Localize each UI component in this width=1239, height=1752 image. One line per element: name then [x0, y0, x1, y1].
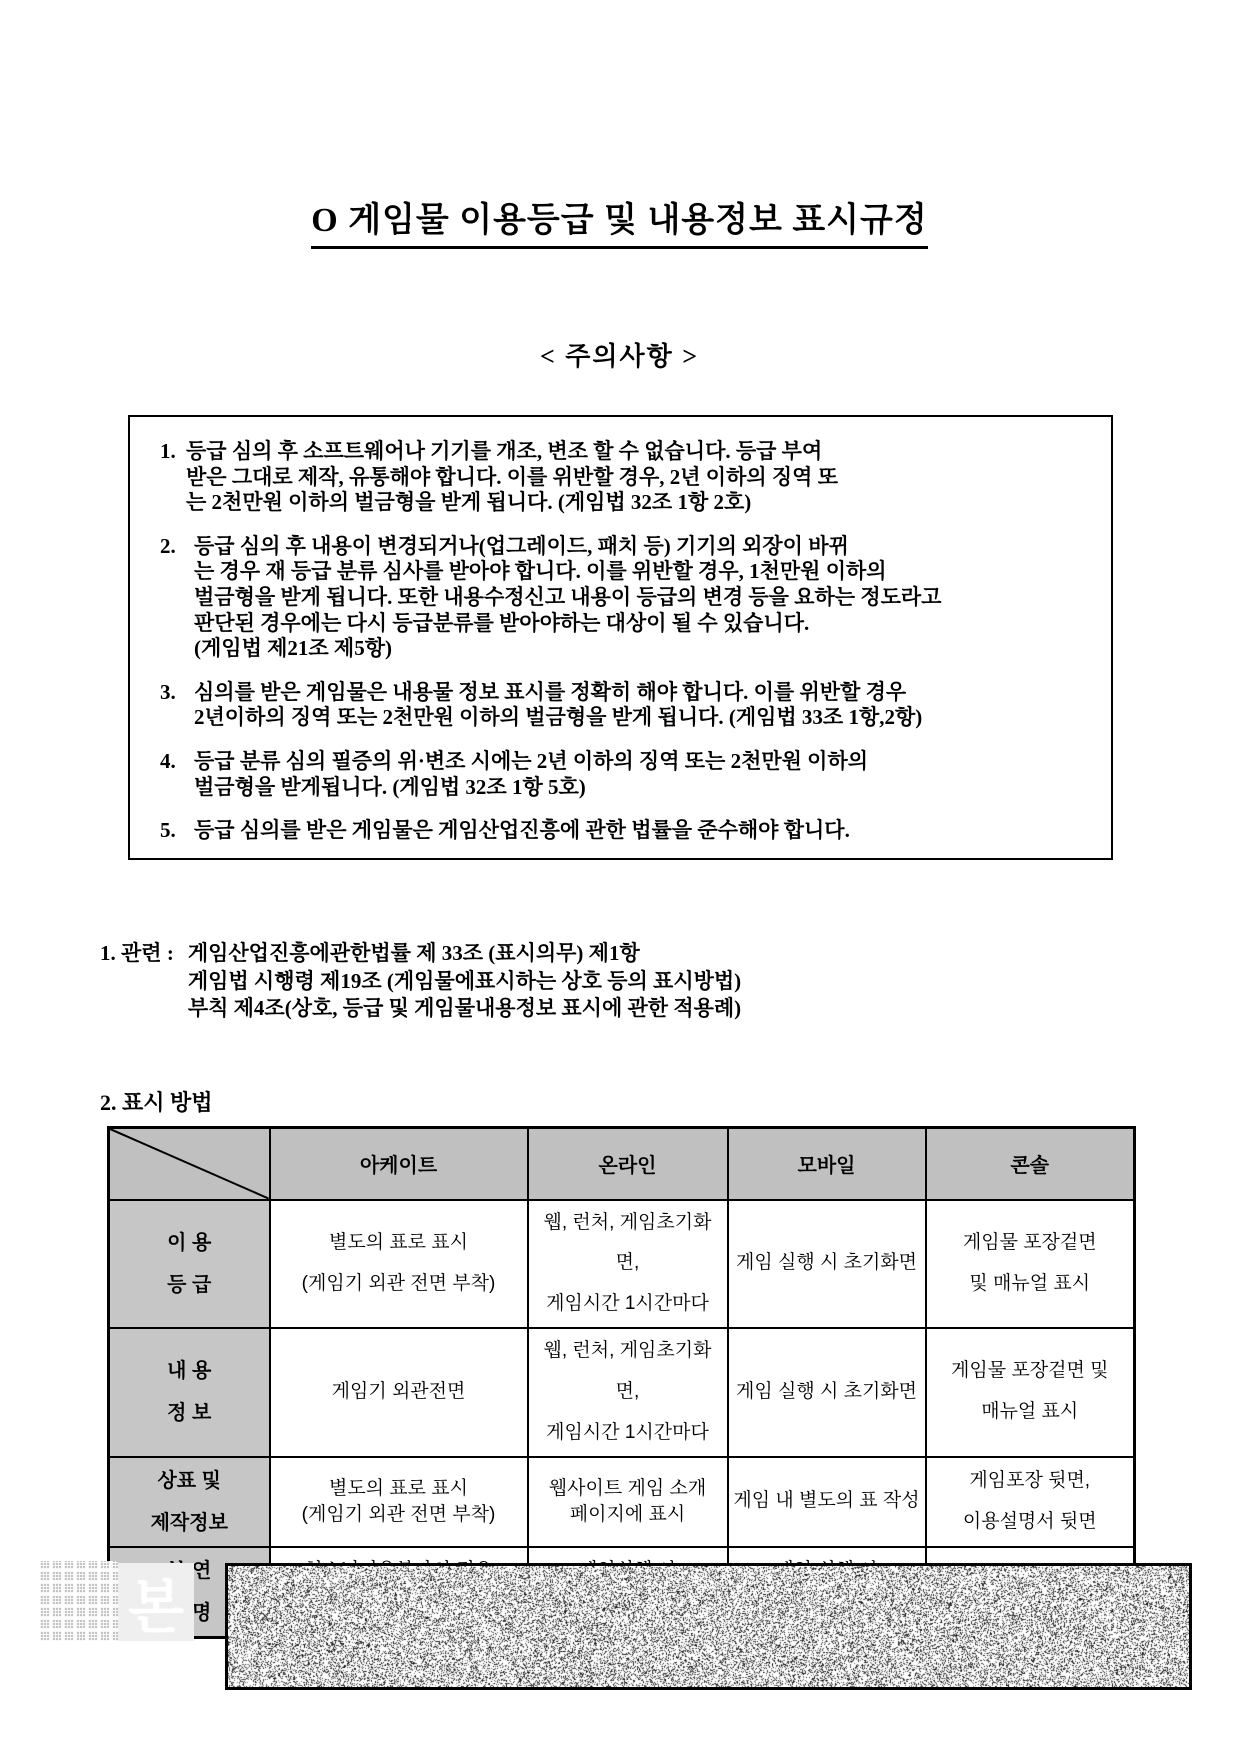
column-header-online: 온라인 [528, 1128, 728, 1200]
table-row: 상표 및 제작정보 별도의 표로 표시 (게임기 외관 전면 부착) 웹사이트 … [109, 1457, 1135, 1547]
column-header-console: 콘솔 [926, 1128, 1135, 1200]
display-method-table: 아케이트 온라인 모바일 콘솔 이 용 등 급 별도의 표로 표시 (게임기 외… [107, 1126, 1136, 1639]
display-method-heading: 2. 표시 방법 [100, 1086, 213, 1117]
page-title: O 게임물 이용등급 및 내용정보 표시규정 [311, 192, 927, 249]
table-cell: 별도의 표로 표시 (게임기 외관 전면 부착) [270, 1457, 528, 1547]
caution-item: 5. 등급 심의를 받은 게임물은 게임산업진흥에 관한 법률을 준수해야 합니… [160, 818, 1097, 844]
scanned-noise-image-frame [225, 1563, 1192, 1690]
table-cell: 게임 내 별도의 표 작성 [728, 1457, 926, 1547]
caution-item-text: 심의를 받은 게임물은 내용물 정보 표시를 정확히 해야 합니다. 이를 위반… [194, 680, 922, 731]
caution-item-number: 5. [160, 818, 194, 844]
row-label-usage-grade: 이 용 등 급 [109, 1200, 270, 1329]
row-label-content-info: 내 용 정 보 [109, 1328, 270, 1457]
caution-item-text: 등급 분류 심의 필증의 위·변조 시에는 2년 이하의 징역 또는 2천만원 … [194, 749, 868, 800]
caution-box: 1. 등급 심의 후 소프트웨어나 기기를 개조, 변조 할 수 없습니다. 등… [128, 415, 1113, 860]
related-laws-section: 1. 관련 : 게임산업진흥에관한법률 제 33조 (표시의무) 제1항 게임법… [100, 940, 741, 1023]
caution-item-text: 등급 심의를 받은 게임물은 게임산업진흥에 관한 법률을 준수해야 합니다. [194, 818, 850, 844]
table-cell: 게임 실행 시 초기화면 [728, 1328, 926, 1457]
caution-subtitle: < 주의사항 > [0, 336, 1239, 373]
caution-item-number: 1. [160, 439, 186, 516]
caution-item-number: 2. [160, 534, 194, 662]
related-laws-label: 1. 관련 : [100, 940, 174, 1023]
table-row: 내 용 정 보 게임기 외관전면 웹, 런처, 게임초기화면, 게임시간 1시간… [109, 1328, 1135, 1457]
table-corner-cell [109, 1128, 270, 1200]
table-cell: 게임물 포장겉면 및 매뉴얼 표시 [926, 1200, 1135, 1329]
table-cell: 게임포장 뒷면, 이용설명서 뒷면 [926, 1457, 1135, 1547]
caution-item: 4. 등급 분류 심의 필증의 위·변조 시에는 2년 이하의 징역 또는 2천… [160, 749, 1097, 800]
table-cell: 게임물 포장겉면 및 매뉴얼 표시 [926, 1328, 1135, 1457]
crosshatch-stamp-icon [40, 1561, 118, 1641]
column-header-mobile: 모바일 [728, 1128, 926, 1200]
column-header-arcade: 아케이트 [270, 1128, 528, 1200]
page-title-wrap: O 게임물 이용등급 및 내용정보 표시규정 [0, 192, 1239, 249]
caution-item-number: 3. [160, 680, 194, 731]
table-cell: 웹사이트 게임 소개 페이지에 표시 [528, 1457, 728, 1547]
table-cell: 별도의 표로 표시 (게임기 외관 전면 부착) [270, 1200, 528, 1329]
table-cell: 웹, 런처, 게임초기화면, 게임시간 1시간마다 [528, 1200, 728, 1329]
table-row: 이 용 등 급 별도의 표로 표시 (게임기 외관 전면 부착) 웹, 런처, … [109, 1200, 1135, 1329]
diagonal-line-icon [110, 1129, 269, 1199]
stamp-character: 본 [118, 1563, 194, 1641]
table-cell: 게임기 외관전면 [270, 1328, 528, 1457]
caution-item-text: 등급 심의 후 내용이 변경되거나(업그레이드, 패치 등) 기기의 외장이 바… [194, 534, 941, 662]
caution-item-text: 등급 심의 후 소프트웨어나 기기를 개조, 변조 할 수 없습니다. 등급 부… [186, 439, 838, 516]
table-cell: 게임 실행 시 초기화면 [728, 1200, 926, 1329]
caution-item-number: 4. [160, 749, 194, 800]
table-cell: 웹, 런처, 게임초기화면, 게임시간 1시간마다 [528, 1328, 728, 1457]
table-header-row: 아케이트 온라인 모바일 콘솔 [109, 1128, 1135, 1200]
scanned-noise-image [228, 1566, 1189, 1687]
caution-item: 2. 등급 심의 후 내용이 변경되거나(업그레이드, 패치 등) 기기의 외장… [160, 534, 1097, 662]
related-laws-text: 게임산업진흥에관한법률 제 33조 (표시의무) 제1항 게임법 시행령 제19… [188, 940, 741, 1023]
row-label-trademark-production: 상표 및 제작정보 [109, 1457, 270, 1547]
caution-item: 3. 심의를 받은 게임물은 내용물 정보 표시를 정확히 해야 합니다. 이를… [160, 680, 1097, 731]
caution-item: 1. 등급 심의 후 소프트웨어나 기기를 개조, 변조 할 수 없습니다. 등… [160, 439, 1097, 516]
